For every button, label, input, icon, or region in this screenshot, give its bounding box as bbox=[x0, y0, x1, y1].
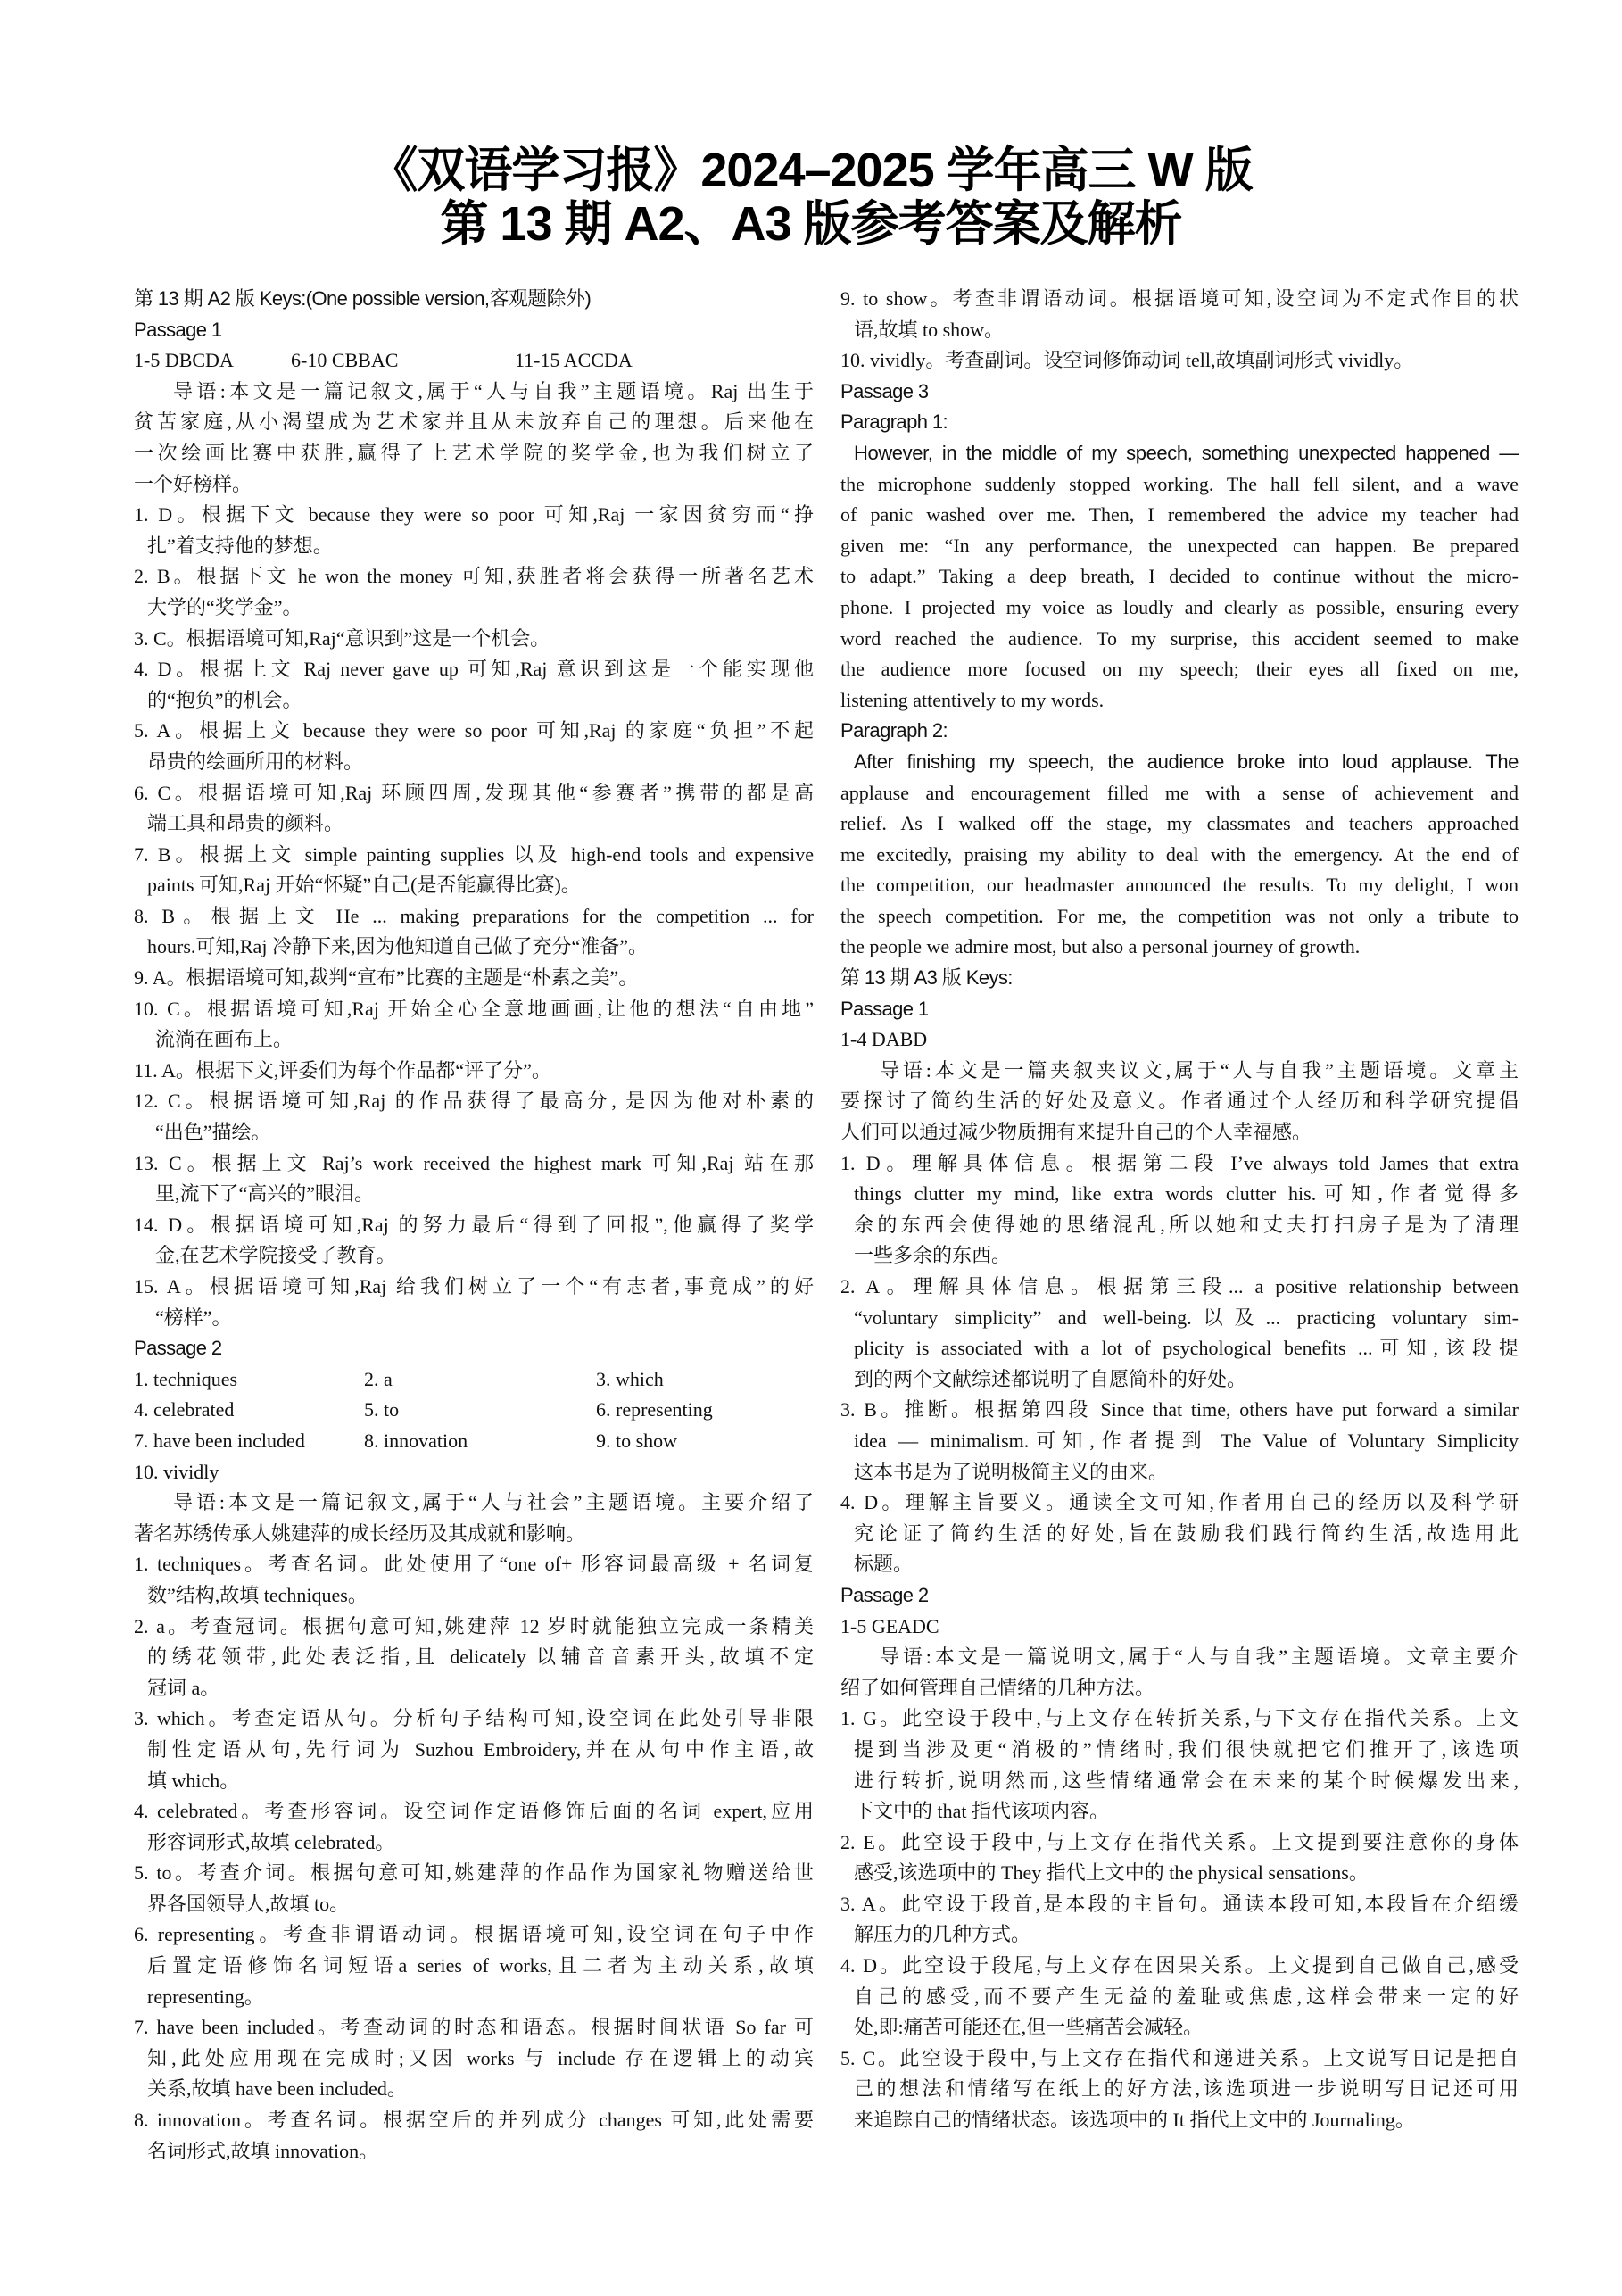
explanation-line: 1. D。理解具体信息。根据第二段 I’ve always told James… bbox=[840, 1148, 1519, 1180]
essay-line: After finishing my speech, the audience … bbox=[840, 747, 1519, 778]
intro-line: 要探讨了简约生活的好处及意义。作者通过个人经历和科学研究提倡 bbox=[840, 1086, 1519, 1117]
explanation-line: 解压力的几种方式。 bbox=[840, 1919, 1519, 1951]
explanation-line: 扎”着支持他的梦想。 bbox=[134, 531, 814, 562]
explanation-line: 名词形式,故填 innovation。 bbox=[134, 2136, 814, 2168]
answer-group: 11-15 ACCDA bbox=[515, 345, 633, 377]
intro-line: 导语:本文是一篇夹叙夹议文,属于“人与自我”主题语境。文章主 bbox=[840, 1056, 1519, 1087]
explanation-line: 9. to show。考查非谓语动词。根据语境可知,设空词为不定式作目的状 bbox=[840, 284, 1519, 315]
explanation-line: 形容词形式,故填 celebrated。 bbox=[134, 1828, 814, 1859]
explanation-line: 3. B。推断。根据第四段 Since that time, others ha… bbox=[840, 1395, 1519, 1426]
explanation-line: 制性定语从句,先行词为 Suzhou Embroidery,并在从句中作主语,故 bbox=[134, 1735, 814, 1766]
explanation-line: 7. have been included。考查动词的时态和语态。根据时间状语 … bbox=[134, 2012, 814, 2043]
intro-line: 贫苦家庭,从小渴望成为艺术家并且从未放弃自己的理想。后来他在 bbox=[134, 407, 814, 438]
explanation-line: paints 可知,Raj 开始“怀疑”自己(是否能赢得比赛)。 bbox=[134, 870, 814, 901]
document-title-line2: 第 13 期 A2、A3 版参考答案及解析 bbox=[0, 196, 1622, 252]
explanation-line: 流淌在画布上。 bbox=[134, 1024, 814, 1056]
explanation-line: 1. D。根据下文 because they were so poor 可知,R… bbox=[134, 500, 814, 531]
a3-passage2-intro: 导语:本文是一篇说明文,属于“人与自我”主题语境。文章主要介 绍了如何管理自己情… bbox=[840, 1642, 1519, 1703]
answer-item: 3. which bbox=[596, 1364, 664, 1396]
essay-line: me excitedly, praising my ability to dea… bbox=[840, 840, 1519, 871]
explanation-line: 4. D。此空设于段尾,与上文存在因果关系。上文提到自己做自己,感受 bbox=[840, 1951, 1519, 1982]
explanation-line: 5. A。根据上文 because they were so poor 可知,R… bbox=[134, 716, 814, 747]
explanation-line: 数”结构,故填 techniques。 bbox=[134, 1580, 814, 1612]
paragraph1-text: However, in the middle of my speech, som… bbox=[840, 438, 1519, 716]
explanation-line: 进行转折,说明然而,这些情绪通常会在未来的某个时候爆发出来, bbox=[840, 1766, 1519, 1797]
essay-line: listening attentively to my words. bbox=[840, 685, 1519, 717]
explanation-line: 知,此处应用现在完成时;又因 works 与 include 存在逻辑上的动宾 bbox=[134, 2043, 814, 2075]
explanation-line: 10. C。根据语境可知,Raj 开始全心全意地画画,让他的想法“自由地” bbox=[134, 994, 814, 1025]
explanation-line: 填 which。 bbox=[134, 1766, 814, 1797]
explanation-line: 5. to。考查介词。根据句意可知,姚建萍的作品作为国家礼物赠送给世 bbox=[134, 1858, 814, 1889]
explanation-line: 感受,该选项中的 They 指代上文中的 the physical sensat… bbox=[840, 1858, 1519, 1889]
essay-line: the speech competition. For me, the comp… bbox=[840, 901, 1519, 932]
a3-passage1-intro: 导语:本文是一篇夹叙夹议文,属于“人与自我”主题语境。文章主 要探讨了简约生活的… bbox=[840, 1056, 1519, 1148]
explanation-line: 11. A。根据下文,评委们为每个作品都“评了分”。 bbox=[134, 1056, 814, 1087]
essay-line: of panic washed over me. Then, I remembe… bbox=[840, 500, 1519, 531]
paragraph2-label: Paragraph 2: bbox=[840, 716, 1519, 747]
essay-line: relief. As I walked off the stage, my cl… bbox=[840, 808, 1519, 840]
explanation-line: 13. C。根据上文 Raj’s work received the highe… bbox=[134, 1148, 814, 1180]
paragraph2-text: After finishing my speech, the audience … bbox=[840, 747, 1519, 963]
explanation-line: hours.可知,Raj 冷静下来,因为他知道自己做了充分“准备”。 bbox=[134, 932, 814, 963]
essay-line: the audience more focused on my speech; … bbox=[840, 654, 1519, 685]
intro-line: 导语:本文是一篇说明文,属于“人与自我”主题语境。文章主要介 bbox=[840, 1642, 1519, 1673]
a2-passage2-intro: 导语:本文是一篇记叙文,属于“人与社会”主题语境。主要介绍了 著名苏绣传承人姚建… bbox=[134, 1488, 814, 1549]
explanation-line: 2. B。根据下文 he won the money 可知,获胜者将会获得一所著… bbox=[134, 561, 814, 593]
explanation-line: 4. D。根据上文 Raj never gave up 可知,Raj 意识到这是… bbox=[134, 654, 814, 685]
a3-passage1-explanations: 1. D。理解具体信息。根据第二段 I’ve always told James… bbox=[840, 1148, 1519, 1580]
explanation-line: 下文中的 that 指代该项内容。 bbox=[840, 1796, 1519, 1828]
explanation-line: representing。 bbox=[134, 1982, 814, 2013]
a2-passage2-explanations: 1. techniques。考查名词。此处使用了“one of+ 形容词最高级 … bbox=[134, 1549, 814, 2167]
intro-line: 著名苏绣传承人姚建萍的成长经历及其成就和影响。 bbox=[134, 1519, 814, 1550]
explanation-line: 大学的“奖学金”。 bbox=[134, 593, 814, 624]
explanation-line: 8. B。根据上文 He ... making preparations for… bbox=[134, 901, 814, 932]
intro-line: 一个好榜样。 bbox=[134, 469, 814, 501]
answer-group: 1-5 DBCDA bbox=[134, 345, 291, 377]
answer-item: 5. to bbox=[364, 1395, 596, 1426]
a2-passage2-explanations-cont: 9. to show。考查非谓语动词。根据语境可知,设空词为不定式作目的状 语,… bbox=[840, 284, 1519, 377]
essay-line: the microphone suddenly stopped working.… bbox=[840, 469, 1519, 501]
explanation-line: 标题。 bbox=[840, 1549, 1519, 1580]
explanation-line: 9. A。根据语境可知,裁判“宣布”比赛的主题是“朴素之美”。 bbox=[134, 963, 814, 994]
explanation-line: “出色”描绘。 bbox=[134, 1117, 814, 1148]
explanation-line: 己的想法和情绪写在纸上的好方法,该选项进一步说明写日记还可用 bbox=[840, 2074, 1519, 2105]
answer-item: 7. have been included bbox=[134, 1426, 364, 1457]
explanation-line: “榜样”。 bbox=[134, 1303, 814, 1334]
a3-keys-heading: 第 13 期 A3 版 Keys: bbox=[840, 963, 1519, 994]
explanation-line: 余的东西会使得她的思绪混乱,所以她和丈夫打扫房子是为了清理 bbox=[840, 1210, 1519, 1241]
explanation-line: 3. which。考查定语从句。分析句子结构可知,设空词在此处引导非限 bbox=[134, 1703, 814, 1735]
answer-item: 10. vividly bbox=[134, 1457, 814, 1488]
essay-line: However, in the middle of my speech, som… bbox=[840, 438, 1519, 469]
explanation-line: 后置定语修饰名词短语a series of works,且二者为主动关系,故填 bbox=[134, 1951, 814, 1982]
answer-item: 1. techniques bbox=[134, 1364, 364, 1396]
document-title-line1: 《双语学习报》2024–2025 学年高三 W 版 bbox=[0, 143, 1622, 198]
paragraph1-label: Paragraph 1: bbox=[840, 407, 1519, 438]
explanation-line: 金,在艺术学院接受了教育。 bbox=[134, 1240, 814, 1272]
a2-passage3-label: Passage 3 bbox=[840, 377, 1519, 408]
essay-line: given me: “In any performance, the unexp… bbox=[840, 531, 1519, 562]
explanation-line: 6. C。根据语境可知,Raj 环顾四周,发现其他“参赛者”携带的都是高 bbox=[134, 778, 814, 809]
explanation-line: 一些多余的东西。 bbox=[840, 1240, 1519, 1272]
explanation-line: 14. D。根据语境可知,Raj 的努力最后“得到了回报”,他赢得了奖学 bbox=[134, 1210, 814, 1241]
left-column: 第 13 期 A2 版 Keys:(One possible version,客… bbox=[134, 284, 814, 2167]
explanation-line: 8. innovation。考查名词。根据空后的并列成分 changes 可知,… bbox=[134, 2105, 814, 2136]
explanation-line: 语,故填 to show。 bbox=[840, 315, 1519, 346]
explanation-line: “voluntary simplicity” and well-being.以及… bbox=[840, 1303, 1519, 1334]
intro-line: 导语:本文是一篇记叙文,属于“人与社会”主题语境。主要介绍了 bbox=[134, 1488, 814, 1519]
essay-line: phone. I projected my voice as loudly an… bbox=[840, 593, 1519, 624]
explanation-line: 4. celebrated。考查形容词。设空词作定语修饰后面的名词 expert… bbox=[134, 1796, 814, 1828]
a2-passage2-answers-row: 1. techniques 2. a 3. which bbox=[134, 1364, 814, 1396]
explanation-line: 的“抱负”的机会。 bbox=[134, 685, 814, 717]
explanation-line: 1. techniques。考查名词。此处使用了“one of+ 形容词最高级 … bbox=[134, 1549, 814, 1580]
a2-passage1-label: Passage 1 bbox=[134, 315, 814, 346]
a2-passage1-intro: 导语:本文是一篇记叙文,属于“人与自我”主题语境。Raj 出生于 贫苦家庭,从小… bbox=[134, 377, 814, 500]
intro-line: 绍了如何管理自己情绪的几种方法。 bbox=[840, 1673, 1519, 1704]
explanation-line: 界各国领导人,故填 to。 bbox=[134, 1889, 814, 1920]
answer-item: 6. representing bbox=[596, 1395, 713, 1426]
explanation-line: 端工具和昂贵的颜料。 bbox=[134, 808, 814, 840]
explanation-line: 7. B。根据上文 simple painting supplies 以及 hi… bbox=[134, 840, 814, 871]
a3-passage1-label: Passage 1 bbox=[840, 994, 1519, 1025]
explanation-line: 10. vividly。考查副词。设空词修饰动词 tell,故填副词形式 viv… bbox=[840, 345, 1519, 377]
explanation-line: 15. A。根据语境可知,Raj 给我们树立了一个“有志者,事竟成”的好 bbox=[134, 1272, 814, 1303]
explanation-line: 冠词 a。 bbox=[134, 1673, 814, 1704]
essay-line: the people we admire most, but also a pe… bbox=[840, 932, 1519, 963]
explanation-line: 的绣花领带,此处表泛指,且 delicately 以辅音音素开头,故填不定 bbox=[134, 1642, 814, 1673]
a3-passage1-answers: 1-4 DABD bbox=[840, 1024, 1519, 1056]
a3-passage2-label: Passage 2 bbox=[840, 1580, 1519, 1612]
a3-passage2-answers: 1-5 GEADC bbox=[840, 1612, 1519, 1643]
explanation-line: 里,流下了“高兴的”眼泪。 bbox=[134, 1179, 814, 1210]
a2-passage2-answers-row: 7. have been included 8. innovation 9. t… bbox=[134, 1426, 814, 1457]
explanation-line: 究论证了简约生活的好处,旨在鼓励我们践行简约生活,故选用此 bbox=[840, 1519, 1519, 1550]
intro-line: 一次绘画比赛中获胜,赢得了上艺术学院的奖学金,也为我们树立了 bbox=[134, 438, 814, 469]
explanation-line: 3. A。此空设于段首,是本段的主旨句。通读本段可知,本段旨在介绍缓 bbox=[840, 1889, 1519, 1920]
a2-passage2-answers-row: 4. celebrated 5. to 6. representing bbox=[134, 1395, 814, 1426]
a2-passage1-answers: 1-5 DBCDA 6-10 CBBAC 11-15 ACCDA bbox=[134, 345, 814, 377]
explanation-line: 到的两个文献综述都说明了自愿简朴的好处。 bbox=[840, 1364, 1519, 1396]
explanation-line: 6. representing。考查非谓语动词。根据语境可知,设空词在句子中作 bbox=[134, 1919, 814, 1951]
essay-line: word reached the audience. To my surpris… bbox=[840, 624, 1519, 655]
explanation-line: idea — minimalism.可知,作者提到 The Value of V… bbox=[840, 1426, 1519, 1457]
right-column: 9. to show。考查非谓语动词。根据语境可知,设空词为不定式作目的状 语,… bbox=[840, 284, 1519, 2136]
answer-item: 9. to show bbox=[596, 1426, 677, 1457]
essay-line: to adapt.” Taking a deep breath, I decid… bbox=[840, 561, 1519, 593]
explanation-line: 提到当涉及更“消极的”情绪时,我们很快就把它们推开了,该选项 bbox=[840, 1735, 1519, 1766]
intro-line: 导语:本文是一篇记叙文,属于“人与自我”主题语境。Raj 出生于 bbox=[134, 377, 814, 408]
a2-keys-heading: 第 13 期 A2 版 Keys:(One possible version,客… bbox=[134, 284, 814, 315]
answer-group: 6-10 CBBAC bbox=[291, 345, 515, 377]
answer-item: 8. innovation bbox=[364, 1426, 596, 1457]
explanation-line: 12. C。根据语境可知,Raj 的作品获得了最高分, 是因为他对朴素的 bbox=[134, 1086, 814, 1117]
intro-line: 人们可以通过减少物质拥有来提升自己的个人幸福感。 bbox=[840, 1117, 1519, 1148]
explanation-line: 1. G。此空设于段中,与上文存在转折关系,与下文存在指代关系。上文 bbox=[840, 1703, 1519, 1735]
explanation-line: 处,即:痛苦可能还在,但一些痛苦会减轻。 bbox=[840, 2012, 1519, 2043]
explanation-line: 2. a。考查冠词。根据句意可知,姚建萍 12 岁时就能独立完成一条精美 bbox=[134, 1612, 814, 1643]
explanation-line: 这本书是为了说明极简主义的由来。 bbox=[840, 1457, 1519, 1488]
answer-item: 4. celebrated bbox=[134, 1395, 364, 1426]
explanation-line: 2. A。理解具体信息。根据第三段... a positive relation… bbox=[840, 1272, 1519, 1303]
explanation-line: 自己的感受,而不要产生无益的羞耻或焦虑,这样会带来一定的好 bbox=[840, 1982, 1519, 2013]
explanation-line: things clutter my mind, like extra words… bbox=[840, 1179, 1519, 1210]
a2-passage2-label: Passage 2 bbox=[134, 1333, 814, 1364]
explanation-line: 关系,故填 have been included。 bbox=[134, 2074, 814, 2105]
explanation-line: 2. E。此空设于段中,与上文存在指代关系。上文提到要注意你的身体 bbox=[840, 1828, 1519, 1859]
explanation-line: 3. C。根据语境可知,Raj“意识到”这是一个机会。 bbox=[134, 624, 814, 655]
explanation-line: 来追踪自己的情绪状态。该选项中的 It 指代上文中的 Journaling。 bbox=[840, 2105, 1519, 2136]
explanation-line: 4. D。理解主旨要义。通读全文可知,作者用自己的经历以及科学研 bbox=[840, 1488, 1519, 1519]
essay-line: the competition, our headmaster announce… bbox=[840, 870, 1519, 901]
a2-passage1-explanations: 1. D。根据下文 because they were so poor 可知,R… bbox=[134, 500, 814, 1333]
essay-line: applause and encouragement filled me wit… bbox=[840, 778, 1519, 809]
a3-passage2-explanations: 1. G。此空设于段中,与上文存在转折关系,与下文存在指代关系。上文 提到当涉及… bbox=[840, 1703, 1519, 2135]
explanation-line: plicity is associated with a lot of psyc… bbox=[840, 1333, 1519, 1364]
explanation-line: 5. C。此空设于段中,与上文存在指代和递进关系。上文说写日记是把自 bbox=[840, 2043, 1519, 2075]
explanation-line: 昂贵的绘画所用的材料。 bbox=[134, 747, 814, 778]
answer-item: 2. a bbox=[364, 1364, 596, 1396]
